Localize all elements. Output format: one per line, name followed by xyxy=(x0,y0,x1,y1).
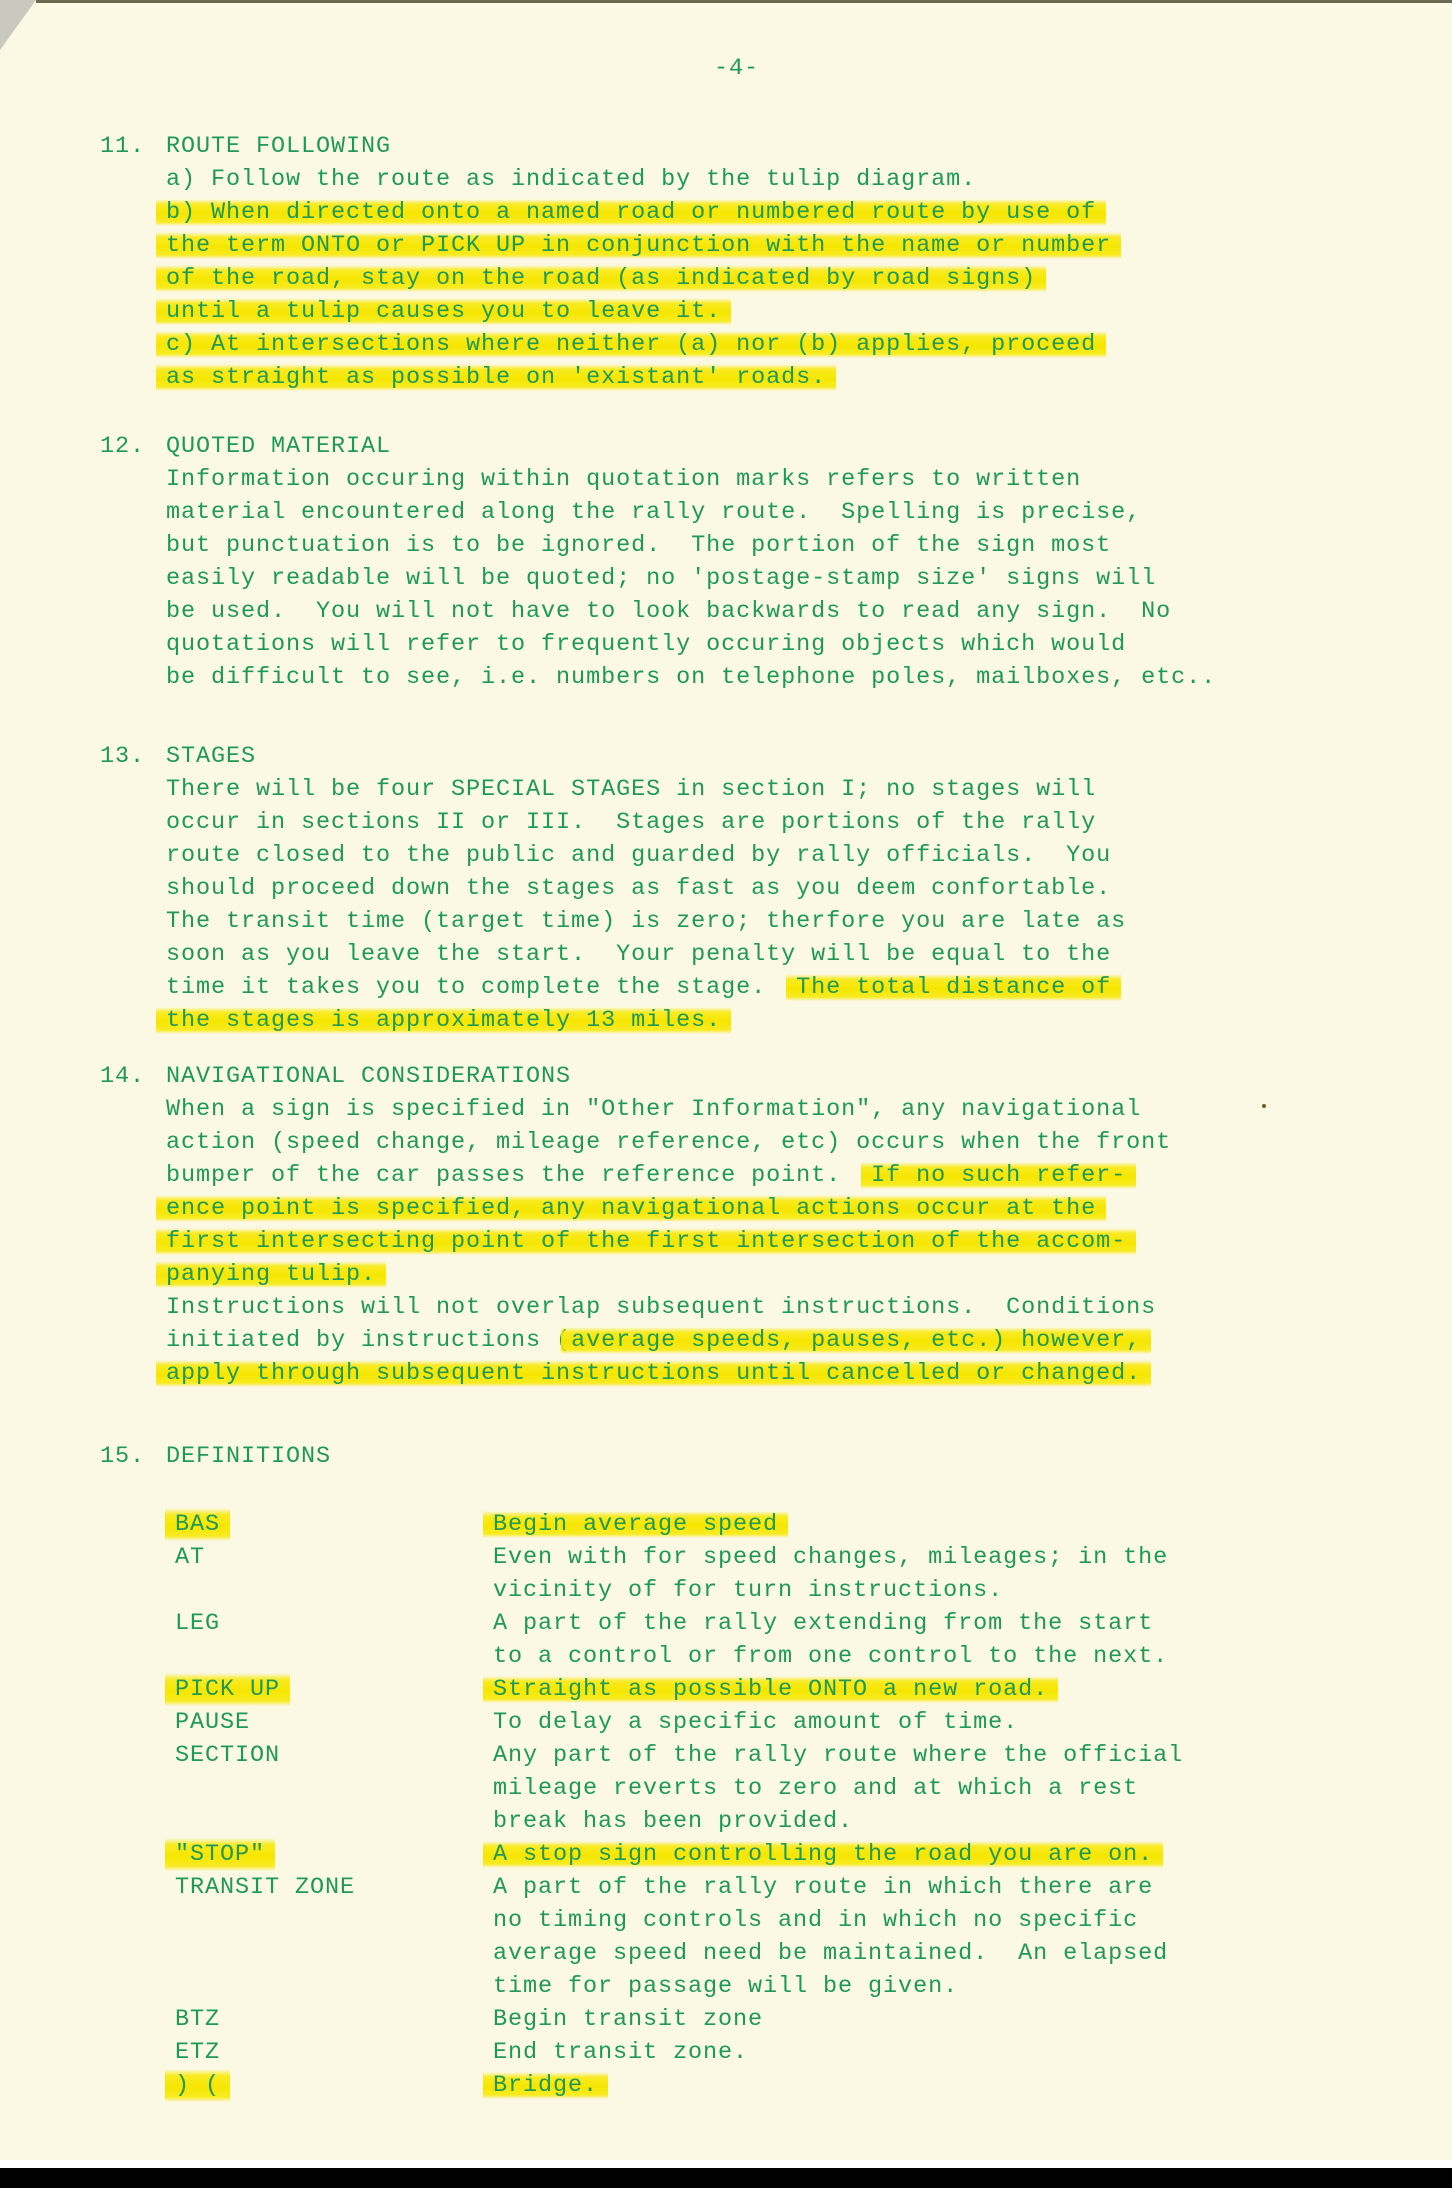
section-number: 13. xyxy=(100,740,145,773)
definition-line: Any part of the rally route where the of… xyxy=(493,1742,1183,1769)
body-text: The transit time (target time) is zero; … xyxy=(166,908,1126,935)
text-line: as straight as possible on 'existant' ro… xyxy=(166,361,1111,394)
body-text: time it takes you to complete the stage. xyxy=(166,974,796,1001)
section-title: DEFINITIONS xyxy=(166,1440,331,1473)
text-line: The transit time (target time) is zero; … xyxy=(166,905,1126,938)
definition-line: time for passage will be given. xyxy=(493,1973,958,2000)
text-line: quotations will refer to frequently occu… xyxy=(166,628,1216,661)
definition-line: average speed need be maintained. An ela… xyxy=(493,1940,1168,1967)
definition-term: SECTION xyxy=(175,1739,280,1772)
body-text: be used. You will not have to look backw… xyxy=(166,598,1171,625)
definition-term: BAS xyxy=(165,1508,230,1541)
text-line: material encountered along the rally rou… xyxy=(166,496,1216,529)
highlighted-text: c) At intersections where neither (a) no… xyxy=(156,331,1106,358)
definition-text: Begin average speed xyxy=(493,1508,778,1541)
text-line: should proceed down the stages as fast a… xyxy=(166,872,1126,905)
body-text: Instructions will not overlap subsequent… xyxy=(166,1294,1156,1321)
highlighted-text: apply through subsequent instructions un… xyxy=(156,1360,1151,1387)
highlighted-text: ence point is specified, any navigationa… xyxy=(156,1195,1106,1222)
definition-term: PAUSE xyxy=(175,1706,250,1739)
definition-term: PICK UP xyxy=(165,1673,290,1706)
text-line: but punctuation is to be ignored. The po… xyxy=(166,529,1216,562)
text-line: soon as you leave the start. Your penalt… xyxy=(166,938,1126,971)
highlighted-text: panying tulip. xyxy=(156,1261,386,1288)
body-text: occur in sections II or III. Stages are … xyxy=(166,809,1096,836)
body-text: easily readable will be quoted; no 'post… xyxy=(166,565,1156,592)
section-number: 14. xyxy=(100,1060,145,1093)
text-line: bumper of the car passes the reference p… xyxy=(166,1159,1171,1192)
definition-line: Begin average speed xyxy=(483,1511,788,1538)
definition-line: A part of the rally extending from the s… xyxy=(493,1610,1153,1637)
folded-corner xyxy=(0,0,36,50)
body-text: soon as you leave the start. Your penalt… xyxy=(166,941,1111,968)
body-text: route closed to the public and guarded b… xyxy=(166,842,1111,869)
definition-text: A stop sign controlling the road you are… xyxy=(493,1838,1153,1871)
text-line: action (speed change, mileage reference,… xyxy=(166,1126,1171,1159)
definition-line: End transit zone. xyxy=(493,2039,748,2066)
text-line: apply through subsequent instructions un… xyxy=(166,1357,1171,1390)
text-line: There will be four SPECIAL STAGES in sec… xyxy=(166,773,1126,806)
definition-line: Bridge. xyxy=(483,2072,608,2099)
document-page: -4- 11.ROUTE FOLLOWINGa) Follow the rout… xyxy=(0,0,1452,2160)
definition-line: A stop sign controlling the road you are… xyxy=(483,1841,1163,1868)
highlighted-text: first intersecting point of the first in… xyxy=(156,1228,1136,1255)
section-body: DEFINITIONS xyxy=(166,1440,331,1473)
body-text: There will be four SPECIAL STAGES in sec… xyxy=(166,776,1096,803)
definition-text: A part of the rally route in which there… xyxy=(493,1871,1168,2003)
highlighted-text: The total distance of xyxy=(786,974,1121,1001)
highlighted-text: until a tulip causes you to leave it. xyxy=(156,298,731,325)
scan-border xyxy=(0,2168,1452,2188)
page-number: -4- xyxy=(714,52,759,85)
section-number: 12. xyxy=(100,430,145,463)
body-text: initiated by instructions ( xyxy=(166,1327,571,1354)
section-body: QUOTED MATERIALInformation occuring with… xyxy=(166,430,1216,694)
text-line: ence point is specified, any navigationa… xyxy=(166,1192,1171,1225)
definition-term: ) ( xyxy=(165,2069,230,2102)
highlighted-text: as straight as possible on 'existant' ro… xyxy=(156,364,836,391)
definition-term: TRANSIT ZONE xyxy=(175,1871,355,1904)
definition-line: to a control or from one control to the … xyxy=(493,1643,1168,1670)
definition-term: LEG xyxy=(175,1607,220,1640)
section-body: STAGESThere will be four SPECIAL STAGES … xyxy=(166,740,1126,1037)
text-line: easily readable will be quoted; no 'post… xyxy=(166,562,1216,595)
text-line: Instructions will not overlap subsequent… xyxy=(166,1291,1171,1324)
text-line: of the road, stay on the road (as indica… xyxy=(166,262,1111,295)
highlighted-text: the term ONTO or PICK UP in conjunction … xyxy=(156,232,1121,259)
definition-term: AT xyxy=(175,1541,205,1574)
body-text: bumper of the car passes the reference p… xyxy=(166,1162,871,1189)
section-title: NAVIGATIONAL CONSIDERATIONS xyxy=(166,1060,1171,1093)
body-text: Information occuring within quotation ma… xyxy=(166,466,1081,493)
text-line: the stages is approximately 13 miles. xyxy=(166,1004,1126,1037)
definition-line: A part of the rally route in which there… xyxy=(493,1874,1153,1901)
ink-speck xyxy=(1262,1104,1266,1108)
definition-term: "STOP" xyxy=(165,1838,275,1871)
body-text: should proceed down the stages as fast a… xyxy=(166,875,1111,902)
text-line: a) Follow the route as indicated by the … xyxy=(166,163,1111,196)
text-line: c) At intersections where neither (a) no… xyxy=(166,328,1111,361)
section-title: STAGES xyxy=(166,740,1126,773)
text-line: route closed to the public and guarded b… xyxy=(166,839,1126,872)
text-line: When a sign is specified in "Other Infor… xyxy=(166,1093,1171,1126)
definition-text: End transit zone. xyxy=(493,2036,748,2069)
section-title: QUOTED MATERIAL xyxy=(166,430,1216,463)
text-line: be used. You will not have to look backw… xyxy=(166,595,1216,628)
section-number: 11. xyxy=(100,130,145,163)
section-body: NAVIGATIONAL CONSIDERATIONSWhen a sign i… xyxy=(166,1060,1171,1390)
body-text: be difficult to see, i.e. numbers on tel… xyxy=(166,664,1216,691)
body-text: a) Follow the route as indicated by the … xyxy=(166,166,976,193)
definition-term: ETZ xyxy=(175,2036,220,2069)
highlighted-text: b) When directed onto a named road or nu… xyxy=(156,199,1106,226)
section-body: ROUTE FOLLOWINGa) Follow the route as in… xyxy=(166,130,1111,394)
definition-text: To delay a specific amount of time. xyxy=(493,1706,1018,1739)
definition-line: break has been provided. xyxy=(493,1808,853,1835)
definition-line: no timing controls and in which no speci… xyxy=(493,1907,1138,1934)
definition-text: Even with for speed changes, mileages; i… xyxy=(493,1541,1168,1607)
body-text: quotations will refer to frequently occu… xyxy=(166,631,1126,658)
definition-text: Begin transit zone xyxy=(493,2003,763,2036)
body-text: material encountered along the rally rou… xyxy=(166,499,1141,526)
definition-line: To delay a specific amount of time. xyxy=(493,1709,1018,1736)
highlighted-text: the stages is approximately 13 miles. xyxy=(156,1007,731,1034)
definition-line: Straight as possible ONTO a new road. xyxy=(483,1676,1058,1703)
definition-text: Any part of the rally route where the of… xyxy=(493,1739,1183,1838)
text-line: time it takes you to complete the stage.… xyxy=(166,971,1126,1004)
definition-line: mileage reverts to zero and at which a r… xyxy=(493,1775,1138,1802)
text-line: initiated by instructions (average speed… xyxy=(166,1324,1171,1357)
definition-text: Bridge. xyxy=(493,2069,598,2102)
definition-line: vicinity of for turn instructions. xyxy=(493,1577,1003,1604)
text-line: until a tulip causes you to leave it. xyxy=(166,295,1111,328)
definition-term: BTZ xyxy=(175,2003,220,2036)
highlighted-text: of the road, stay on the road (as indica… xyxy=(156,265,1046,292)
text-line: be difficult to see, i.e. numbers on tel… xyxy=(166,661,1216,694)
text-line: panying tulip. xyxy=(166,1258,1171,1291)
text-line: first intersecting point of the first in… xyxy=(166,1225,1171,1258)
page-edge-line xyxy=(36,0,1452,3)
scan-margin xyxy=(0,2160,1452,2168)
highlighted-text: average speeds, pauses, etc.) however, xyxy=(561,1327,1151,1354)
body-text: but punctuation is to be ignored. The po… xyxy=(166,532,1111,559)
highlighted-text: If no such refer- xyxy=(861,1162,1136,1189)
definition-line: Even with for speed changes, mileages; i… xyxy=(493,1544,1168,1571)
text-line: occur in sections II or III. Stages are … xyxy=(166,806,1126,839)
text-line: Information occuring within quotation ma… xyxy=(166,463,1216,496)
body-text: When a sign is specified in "Other Infor… xyxy=(166,1096,1141,1123)
definition-text: A part of the rally extending from the s… xyxy=(493,1607,1168,1673)
body-text: action (speed change, mileage reference,… xyxy=(166,1129,1171,1156)
section-title: ROUTE FOLLOWING xyxy=(166,130,1111,163)
definition-line: Begin transit zone xyxy=(493,2006,763,2033)
section-number: 15. xyxy=(100,1440,145,1473)
text-line: the term ONTO or PICK UP in conjunction … xyxy=(166,229,1111,262)
definition-text: Straight as possible ONTO a new road. xyxy=(493,1673,1048,1706)
text-line: b) When directed onto a named road or nu… xyxy=(166,196,1111,229)
